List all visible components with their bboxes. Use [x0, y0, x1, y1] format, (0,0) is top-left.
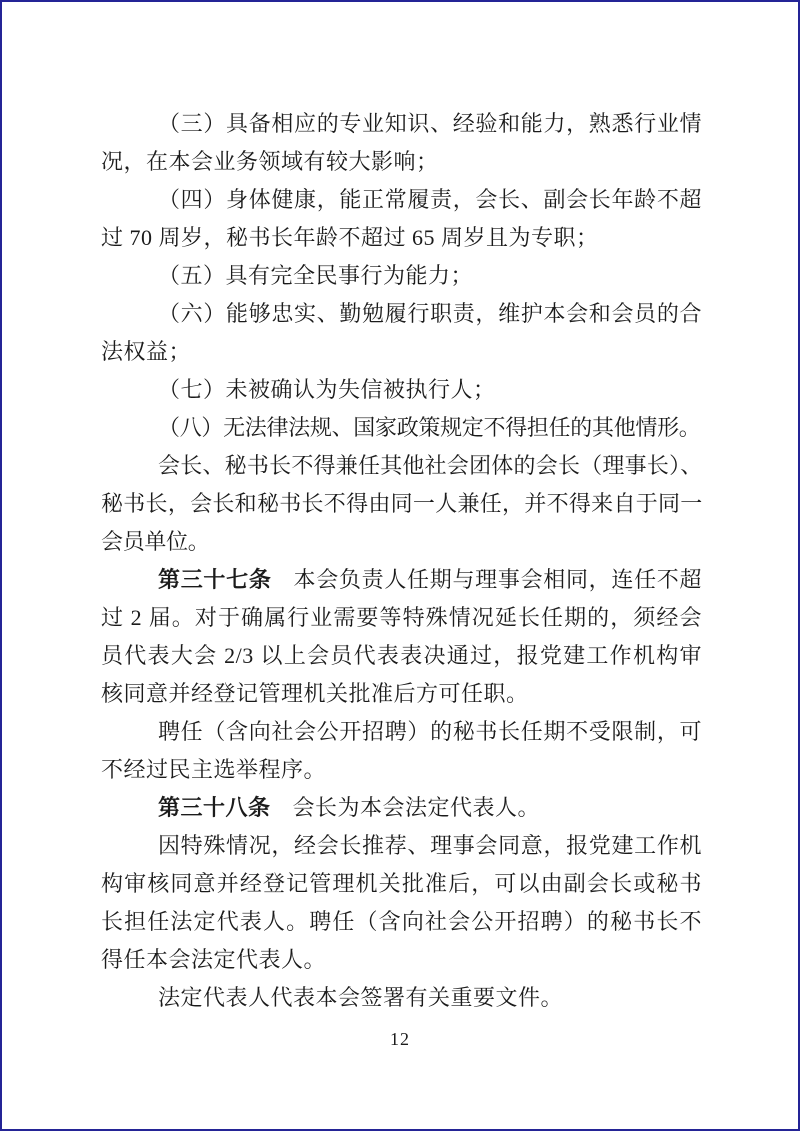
paragraph: （四）身体健康，能正常履责，会长、副会长年龄不超过 70 周岁，秘书长年龄不超过…	[101, 181, 702, 257]
paragraph: 第三十七条本会负责人任期与理事会相同，连任不超过 2 届。对于确属行业需要等特殊…	[101, 561, 702, 713]
paragraph-text: （八）无法律法规、国家政策规定不得担任的其他情形。	[158, 415, 701, 440]
page-number: 12	[2, 1028, 798, 1050]
document-page: （三）具备相应的专业知识、经验和能力，熟悉行业情况，在本会业务领域有较大影响； …	[0, 0, 800, 1131]
paragraph-text: 法定代表人代表本会签署有关重要文件。	[158, 985, 563, 1010]
paragraph: （六）能够忠实、勤勉履行职责，维护本会和会员的合法权益；	[101, 295, 702, 371]
paragraph: （七）未被确认为失信被执行人；	[101, 371, 702, 409]
paragraph-text: （四）身体健康，能正常履责，会长、副会长年龄不超过 70 周岁，秘书长年龄不超过…	[101, 187, 702, 250]
paragraph-text: （三）具备相应的专业知识、经验和能力，熟悉行业情况，在本会业务领域有较大影响；	[101, 111, 702, 174]
document-body: （三）具备相应的专业知识、经验和能力，熟悉行业情况，在本会业务领域有较大影响； …	[101, 105, 702, 1017]
paragraph: 会长、秘书长不得兼任其他社会团体的会长（理事长）、秘书长，会长和秘书长不得由同一…	[101, 447, 702, 561]
paragraph: 第三十八条会长为本会法定代表人。	[101, 789, 702, 827]
paragraph: 法定代表人代表本会签署有关重要文件。	[101, 979, 702, 1017]
paragraph-text: 会长、秘书长不得兼任其他社会团体的会长（理事长）、秘书长，会长和秘书长不得由同一…	[101, 453, 702, 554]
paragraph: 因特殊情况，经会长推荐、理事会同意，报党建工作机构审核同意并经登记管理机关批准后…	[101, 827, 702, 979]
paragraph-text: 因特殊情况，经会长推荐、理事会同意，报党建工作机构审核同意并经登记管理机关批准后…	[101, 833, 702, 972]
paragraph-text: （七）未被确认为失信被执行人；	[158, 377, 496, 402]
paragraph-text: 聘任（含向社会公开招聘）的秘书长任期不受限制，可不经过民主选举程序。	[101, 719, 702, 782]
paragraph: （三）具备相应的专业知识、经验和能力，熟悉行业情况，在本会业务领域有较大影响；	[101, 105, 702, 181]
article-number: 第三十七条	[158, 567, 272, 592]
paragraph-text: （六）能够忠实、勤勉履行职责，维护本会和会员的合法权益；	[101, 301, 702, 364]
paragraph-text: （五）具有完全民事行为能力；	[158, 263, 473, 288]
paragraph: （五）具有完全民事行为能力；	[101, 257, 702, 295]
article-number: 第三十八条	[158, 795, 271, 820]
paragraph: 聘任（含向社会公开招聘）的秘书长任期不受限制，可不经过民主选举程序。	[101, 713, 702, 789]
paragraph-text: 会长为本会法定代表人。	[293, 795, 541, 820]
paragraph: （八）无法律法规、国家政策规定不得担任的其他情形。	[101, 409, 702, 447]
